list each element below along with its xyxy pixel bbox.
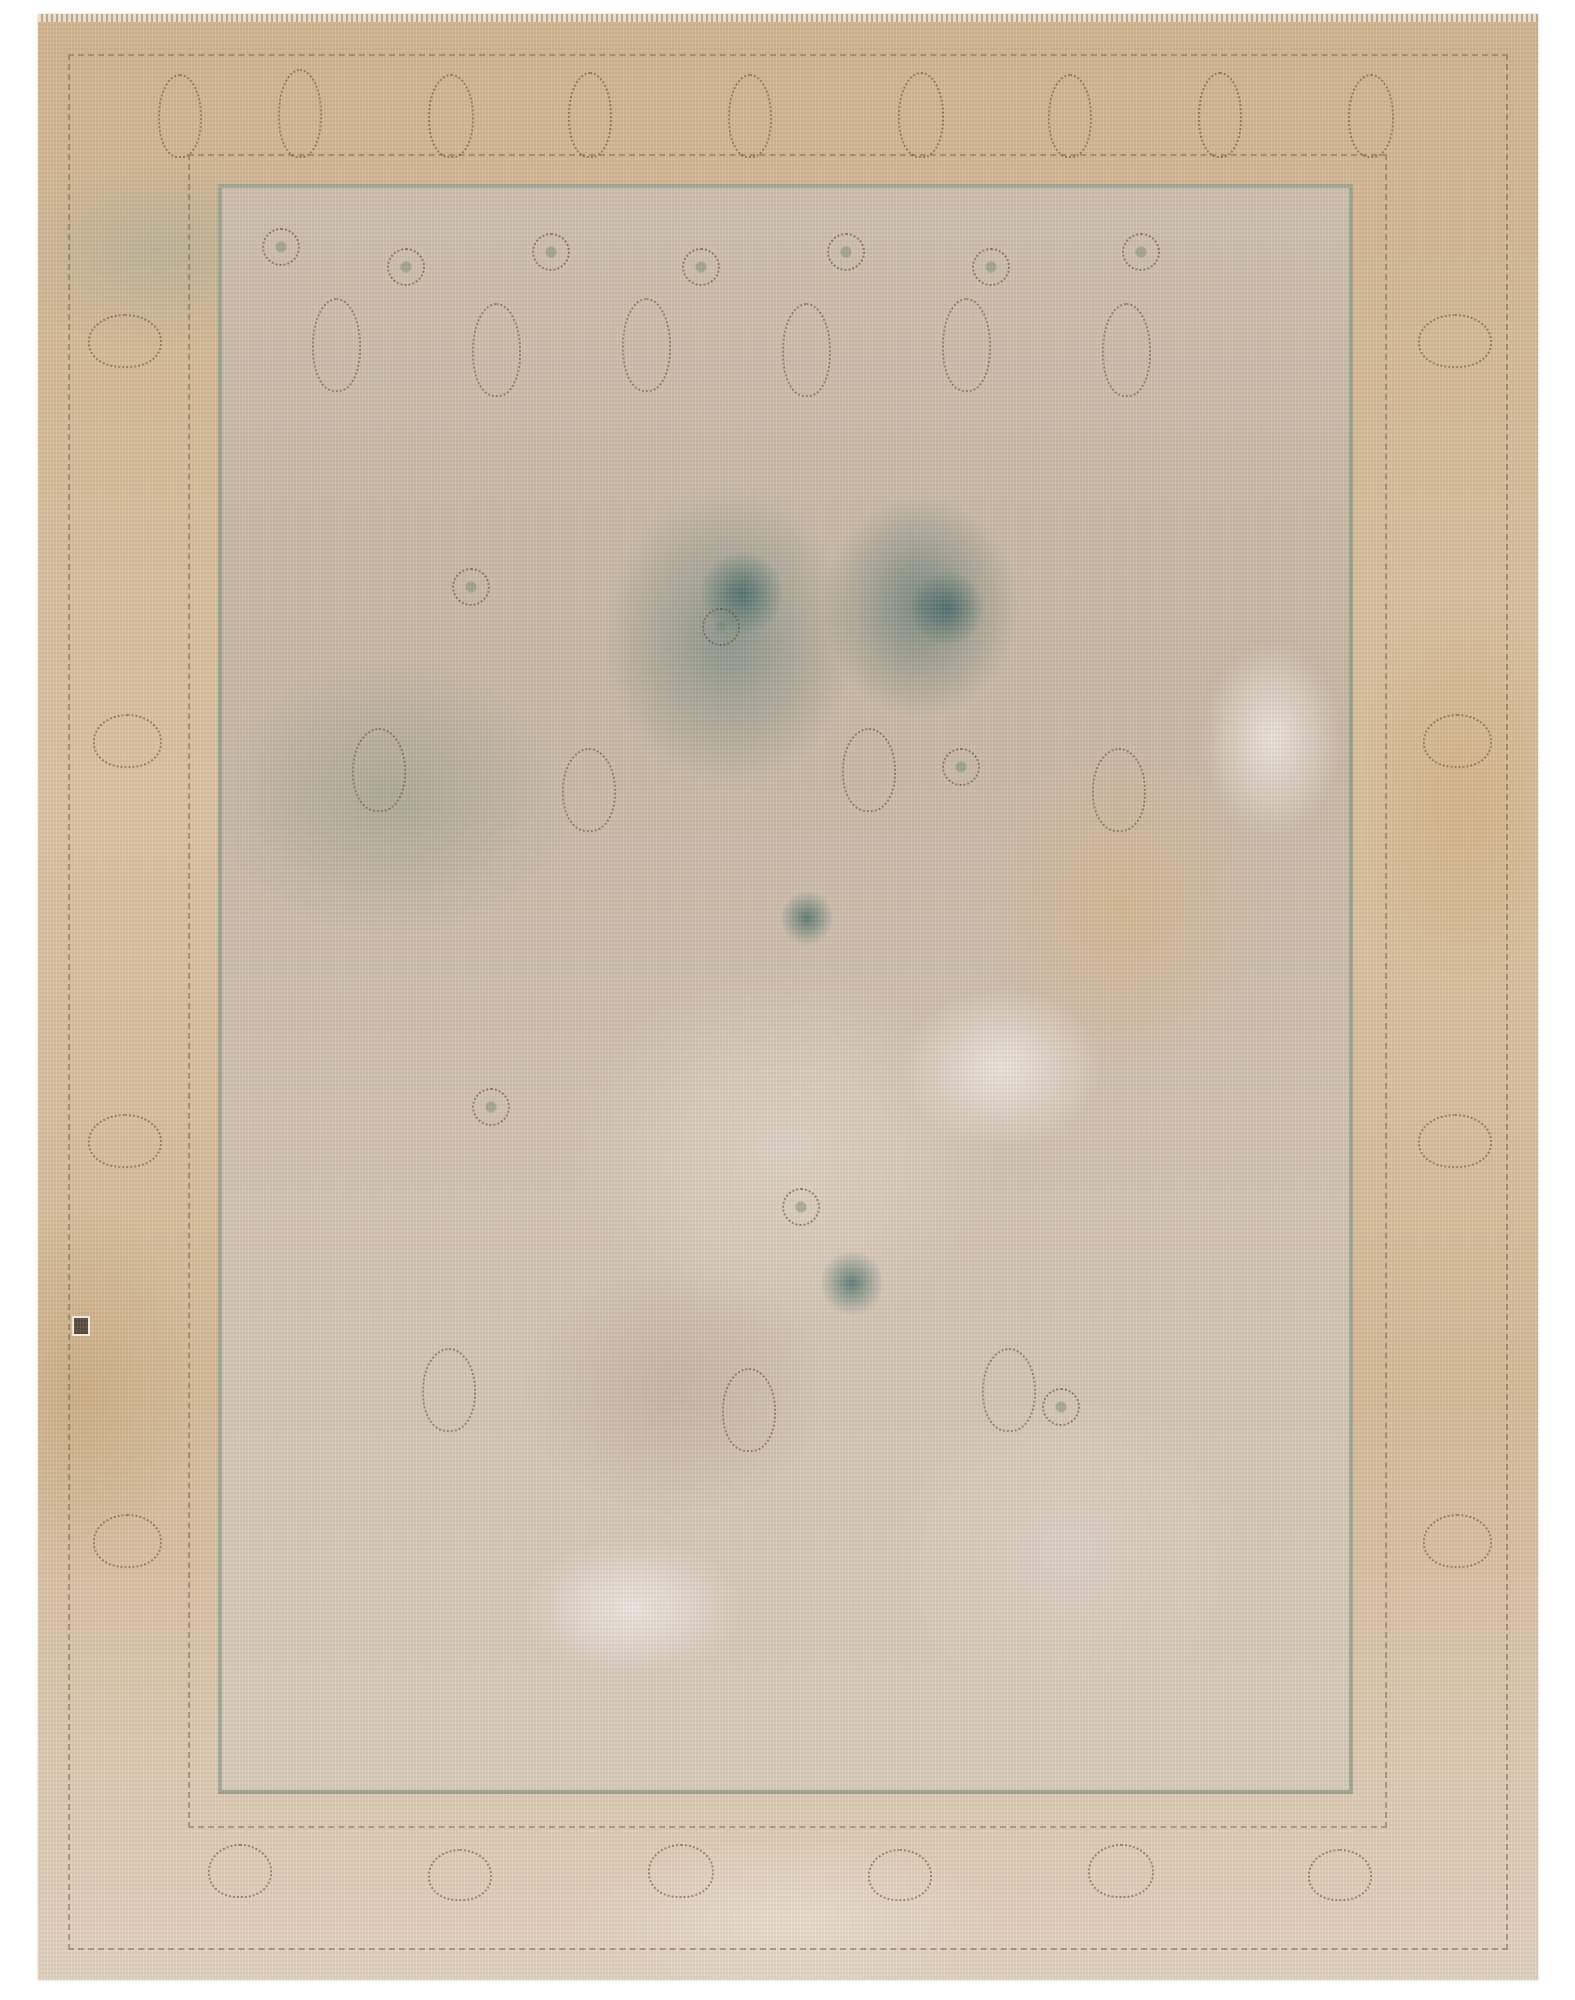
rug-damage-spot	[72, 1316, 90, 1336]
rug-fringe	[38, 14, 1538, 22]
rug-central-field	[218, 184, 1353, 1794]
rug	[38, 14, 1538, 1980]
